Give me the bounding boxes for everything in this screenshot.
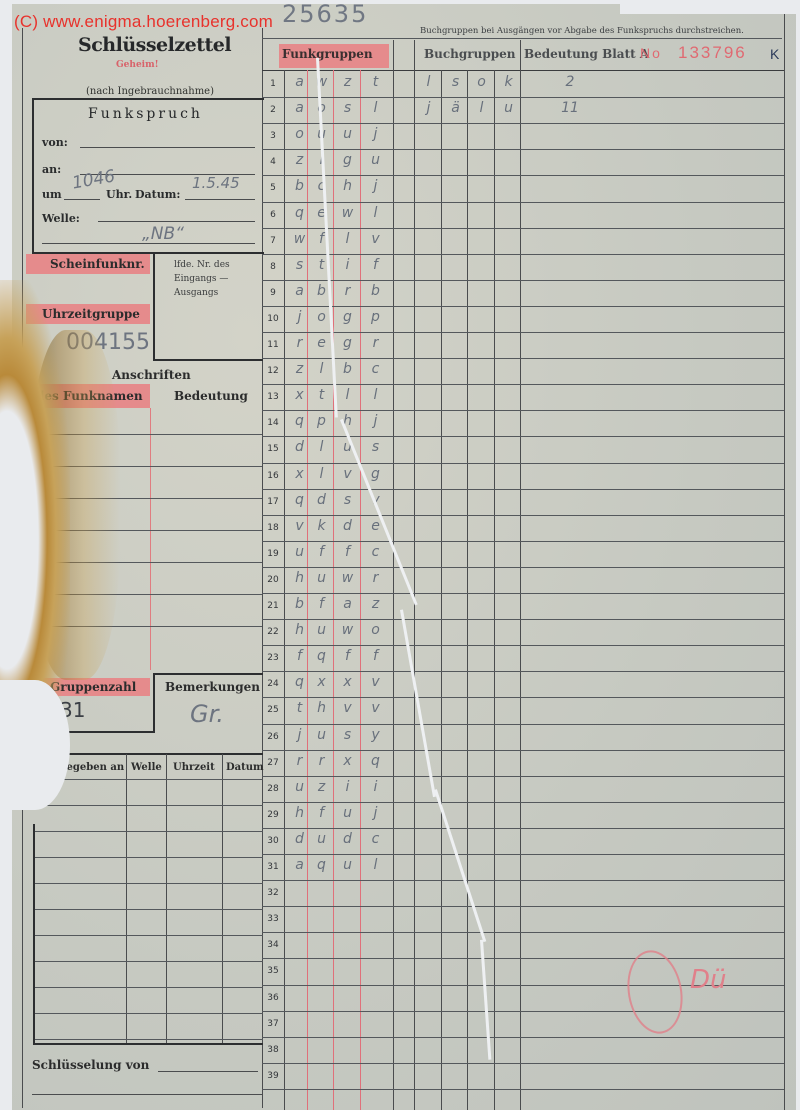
funkgruppe-letter: v [334, 466, 361, 482]
funkgruppe-letter: d [334, 518, 361, 534]
funkgruppe-letter: y [362, 727, 389, 743]
row-number: 19 [263, 549, 283, 559]
funkgruppe-letter: t [308, 257, 335, 273]
grid-row-line [262, 123, 784, 124]
date-value: 1.5.45 [192, 174, 240, 192]
grid-row-line [262, 254, 784, 255]
grid-row-line [262, 619, 784, 620]
buchgruppe-letter: j [415, 100, 442, 116]
lfde-nr-label: lfde. Nr. des Eingangs — Ausgangs [174, 258, 254, 300]
row-number: 27 [263, 758, 283, 768]
col-uhrzeit: Uhrzeit [173, 762, 215, 773]
torn-corner [620, 0, 800, 14]
welle-value: „NB“ [142, 224, 184, 244]
funkgruppe-letter: x [334, 674, 361, 690]
funkgruppe-letter: z [308, 779, 335, 795]
scheinfunknr-label: Scheinfunknr. [50, 257, 145, 271]
grid-row-line [262, 97, 784, 98]
row-number: 26 [263, 732, 283, 742]
funkgruppe-letter: g [334, 309, 361, 325]
funkgruppe-letter: j [362, 413, 389, 429]
uebergabe-row-line [35, 857, 263, 858]
buchgruppe-letter: s [442, 74, 469, 90]
grid-row-line [262, 750, 784, 751]
bemerkungen-top [153, 673, 263, 675]
row-number: 35 [263, 966, 283, 976]
serial-number: 133796 [678, 43, 747, 63]
an-label: an: [42, 163, 61, 176]
grid-vline [284, 70, 285, 1110]
funkgruppe-letter: g [334, 152, 361, 168]
uebergabe-row-line [35, 961, 263, 962]
header-bottom-line [262, 70, 784, 71]
row-number: 10 [263, 314, 283, 324]
funkgruppe-letter: w [334, 622, 361, 638]
uhr-label: Uhr. [106, 188, 132, 201]
grid-row-line [262, 1063, 784, 1064]
funkgruppe-letter: s [362, 439, 389, 455]
uebergabe-col-divider [126, 754, 127, 1044]
row-number: 5 [263, 183, 283, 193]
uebergabe-row-line [35, 1039, 263, 1040]
funkgruppe-letter: l [362, 387, 389, 403]
grid-vline [467, 70, 468, 1110]
funkgruppe-letter: p [362, 309, 389, 325]
funkgruppe-letter: w [308, 74, 335, 90]
col-funkgruppen: Funkgruppen [282, 47, 373, 61]
uebergabe-row-line [35, 805, 263, 806]
row-number: 17 [263, 497, 283, 507]
funkgruppe-letter: c [362, 361, 389, 377]
funkgruppe-letter: i [334, 779, 361, 795]
funkgruppe-letter: c [362, 544, 389, 560]
bedeutung-value: 11 [540, 100, 600, 116]
uebergabe-col-divider [166, 754, 167, 1044]
grid-red-vline [307, 70, 308, 1110]
scheinfunk-divider [153, 252, 155, 360]
form-title: Schlüsselzettel [78, 34, 231, 56]
uebergabe-top [58, 753, 263, 755]
row-number: 39 [263, 1071, 283, 1081]
funkgruppe-letter: r [334, 283, 361, 299]
grid-row-line [262, 880, 784, 881]
grid-row-line [262, 175, 784, 176]
row-number: 32 [263, 888, 283, 898]
torn-edge [0, 680, 70, 810]
funkgruppe-letter: x [308, 674, 335, 690]
row-number: 29 [263, 810, 283, 820]
anschriften-red-divider [150, 408, 151, 670]
buchgruppe-letter: u [495, 100, 522, 116]
classification-label: Geheim! [116, 60, 159, 70]
grid-vline [393, 40, 394, 1110]
funkgruppe-letter: q [308, 857, 335, 873]
funkgruppe-letter: r [308, 753, 335, 769]
buchgruppe-letter: l [415, 74, 442, 90]
buchgruppe-letter: l [468, 100, 495, 116]
funkgruppe-letter: l [308, 439, 335, 455]
grid-row-line [262, 463, 784, 464]
row-number: 37 [263, 1019, 283, 1029]
funkgruppe-letter: f [308, 231, 335, 247]
buchgruppe-letter: k [495, 74, 522, 90]
funkgruppe-letter: u [308, 727, 335, 743]
funkgruppe-letter: b [334, 361, 361, 377]
von-label: von: [42, 136, 68, 149]
funkgruppe-letter: h [334, 178, 361, 194]
row-number: 7 [263, 236, 283, 246]
grid-row-line [262, 332, 784, 333]
funkgruppe-letter: z [362, 596, 389, 612]
row-number: 3 [263, 131, 283, 141]
funkgruppe-letter: z [334, 74, 361, 90]
grid-row-line [262, 228, 784, 229]
uebergabe-row-line [35, 1013, 263, 1014]
funkgruppe-letter: q [308, 648, 335, 664]
funkgruppe-letter: v [362, 700, 389, 716]
row-number: 33 [263, 914, 283, 924]
row-number: 9 [263, 288, 283, 298]
grid-row-line [262, 1011, 784, 1012]
row-number: 20 [263, 575, 283, 585]
funkspruch-heading: Funkspruch [88, 106, 203, 122]
funkgruppe-letter: h [334, 413, 361, 429]
grid-row-line [262, 593, 784, 594]
grid-row-line [262, 958, 784, 959]
anschriften-heading: Anschriften [112, 368, 191, 382]
col-welle: Welle [131, 762, 162, 773]
welle-label: Welle: [42, 212, 80, 225]
grid-row-line [262, 828, 784, 829]
uebergabe-bottom [33, 1043, 263, 1045]
funkgruppe-letter: c [362, 831, 389, 847]
grid-row-line [262, 149, 784, 150]
funkgruppe-letter: b [362, 283, 389, 299]
grid-row-line [262, 697, 784, 698]
funkgruppe-letter: u [334, 805, 361, 821]
uebergabe-row-line [35, 909, 263, 910]
funkgruppe-letter: i [334, 257, 361, 273]
uebergabe-row-line [35, 831, 263, 832]
uebergabe-row-line [35, 987, 263, 988]
funkgruppe-letter: s [334, 492, 361, 508]
grid-row-line [262, 358, 784, 359]
funkgruppe-letter: l [362, 857, 389, 873]
grid-red-vline [333, 70, 334, 1110]
row-number: 18 [263, 523, 283, 533]
row-number: 38 [263, 1045, 283, 1055]
funkgruppe-letter: l [362, 205, 389, 221]
um-label: um [42, 188, 62, 201]
funkgruppe-letter: f [362, 257, 389, 273]
scheinfunk-bottom [153, 359, 263, 361]
grid-row-line [262, 436, 784, 437]
funkgruppe-letter: t [362, 74, 389, 90]
grid-vline [494, 70, 495, 1110]
grid-row-line [262, 724, 784, 725]
funkgruppe-letter: t [308, 387, 335, 403]
funkgruppe-letter: p [308, 413, 335, 429]
funkgruppe-letter: f [308, 805, 335, 821]
funkgruppe-letter: o [362, 622, 389, 638]
grid-right-edge [784, 14, 785, 1110]
funkgruppe-letter: j [362, 805, 389, 821]
grid-row-line [262, 854, 784, 855]
row-number: 30 [263, 836, 283, 846]
schluesselung-label: Schlüsselung von [32, 1058, 149, 1072]
buchgruppe-letter: ä [442, 100, 469, 116]
funkgruppe-letter: u [334, 126, 361, 142]
row-number: 36 [263, 993, 283, 1003]
row-number: 25 [263, 705, 283, 715]
grid-row-line [262, 280, 784, 281]
datum-label: Datum: [135, 188, 180, 201]
buchgruppe-letter: o [468, 74, 495, 90]
funkgruppe-letter: u [334, 857, 361, 873]
gruppenzahl-divider [153, 673, 155, 733]
grid-row-line [262, 776, 784, 777]
form-subtitle: (nach Ingebrauchnahme) [86, 86, 214, 97]
um-line [64, 199, 100, 200]
funkgruppe-letter: v [334, 700, 361, 716]
funkgruppe-letter: s [334, 727, 361, 743]
row-number: 14 [263, 418, 283, 428]
funkgruppe-letter: u [308, 570, 335, 586]
grid-row-line [262, 671, 784, 672]
bemerkungen-value: Gr. [190, 700, 224, 728]
handwritten-number: 25635 [282, 0, 368, 28]
row-number: 23 [263, 653, 283, 663]
uebergabe-row-line [35, 883, 263, 884]
col-buchgruppen: Buchgruppen [424, 47, 515, 61]
funkgruppe-letter: d [334, 831, 361, 847]
grid-vline [441, 70, 442, 1110]
serial-suffix: K [770, 46, 779, 62]
row-number: 11 [263, 340, 283, 350]
row-number: 28 [263, 784, 283, 794]
funkgruppe-letter: v [362, 674, 389, 690]
row-number: 6 [263, 210, 283, 220]
funkgruppe-letter: x [334, 753, 361, 769]
grid-vline [520, 40, 521, 1110]
grid-row-line [262, 410, 784, 411]
funkgruppe-letter: s [334, 100, 361, 116]
funkgruppe-letter: l [362, 100, 389, 116]
col-bedeutung: Bedeutung Blatt A [524, 47, 649, 61]
grid-row-line [262, 489, 784, 490]
serial-prefix: No [640, 45, 662, 61]
funkgruppe-letter: j [362, 126, 389, 142]
row-number: 21 [263, 601, 283, 611]
row-number: 34 [263, 940, 283, 950]
funkgruppe-letter: f [334, 648, 361, 664]
row-number: 12 [263, 366, 283, 376]
funkgruppe-letter: h [308, 700, 335, 716]
row-number: 2 [263, 105, 283, 115]
funkgruppe-letter: q [362, 753, 389, 769]
watermark: (C) www.enigma.hoerenberg.com [14, 12, 273, 32]
grid-row-line [262, 515, 784, 516]
von-line [80, 147, 255, 148]
grid-row-line [262, 541, 784, 542]
funkgruppe-letter: w [334, 205, 361, 221]
grid-row-line [262, 1037, 784, 1038]
row-number: 22 [263, 627, 283, 637]
funkgruppe-letter: k [308, 518, 335, 534]
bedeutung-value: 2 [540, 74, 600, 90]
uebergabe-row-line [35, 935, 263, 936]
grid-red-vline [360, 70, 361, 1110]
funkgruppe-letter: l [334, 231, 361, 247]
funkgruppe-letter: u [308, 831, 335, 847]
schluesselung-line [158, 1071, 258, 1072]
grid-row-line [262, 567, 784, 568]
funkgruppe-letter: f [334, 544, 361, 560]
funkgruppe-letter: l [308, 466, 335, 482]
funkgruppe-letter: j [362, 178, 389, 194]
header-line [262, 38, 782, 39]
grid-row-line [262, 932, 784, 933]
grid-row-line [262, 906, 784, 907]
funkgruppe-letter: v [362, 231, 389, 247]
grid-row-line [262, 306, 784, 307]
row-number: 4 [263, 157, 283, 167]
funkgruppe-letter: d [308, 492, 335, 508]
row-number: 24 [263, 679, 283, 689]
funkgruppe-letter: r [362, 570, 389, 586]
red-pencil-initials: Dü [690, 965, 727, 995]
datum-line [185, 199, 255, 200]
grid-row-line [262, 802, 784, 803]
grid-row-line [262, 645, 784, 646]
row-number: 8 [263, 262, 283, 272]
grid-row-line [262, 1089, 784, 1090]
funkgruppe-letter: u [362, 152, 389, 168]
row-number: 13 [263, 392, 283, 402]
welle-line [98, 221, 255, 222]
funkgruppe-letter: r [362, 335, 389, 351]
funkgruppe-letter: f [362, 648, 389, 664]
funkgruppe-letter: w [334, 570, 361, 586]
col-datum: Datum [226, 762, 264, 773]
uebergabe-col-divider [222, 754, 223, 1044]
row-number: 15 [263, 444, 283, 454]
grid-row-line [262, 384, 784, 385]
funkgruppe-letter: l [308, 361, 335, 377]
funkgruppe-letter: a [334, 596, 361, 612]
anschriften-col-bedeutung: Bedeutung [174, 389, 248, 403]
schluesselung-line2 [32, 1094, 262, 1095]
row-number: 16 [263, 471, 283, 481]
funkgruppe-letter: f [308, 544, 335, 560]
funkgruppe-letter: i [362, 779, 389, 795]
funkgruppe-letter: f [308, 596, 335, 612]
funkgruppe-letter: l [334, 387, 361, 403]
funkgruppe-letter: e [308, 205, 335, 221]
funkgruppe-letter: g [334, 335, 361, 351]
grid-vline [414, 40, 415, 1110]
row-number: 31 [263, 862, 283, 872]
funkgruppe-letter: u [308, 622, 335, 638]
bemerkungen-label: Bemerkungen [165, 680, 260, 694]
header-note: Buchgruppen bei Ausgängen vor Abgabe des… [420, 24, 744, 38]
grid-row-line [262, 202, 784, 203]
row-number: 1 [263, 79, 283, 89]
